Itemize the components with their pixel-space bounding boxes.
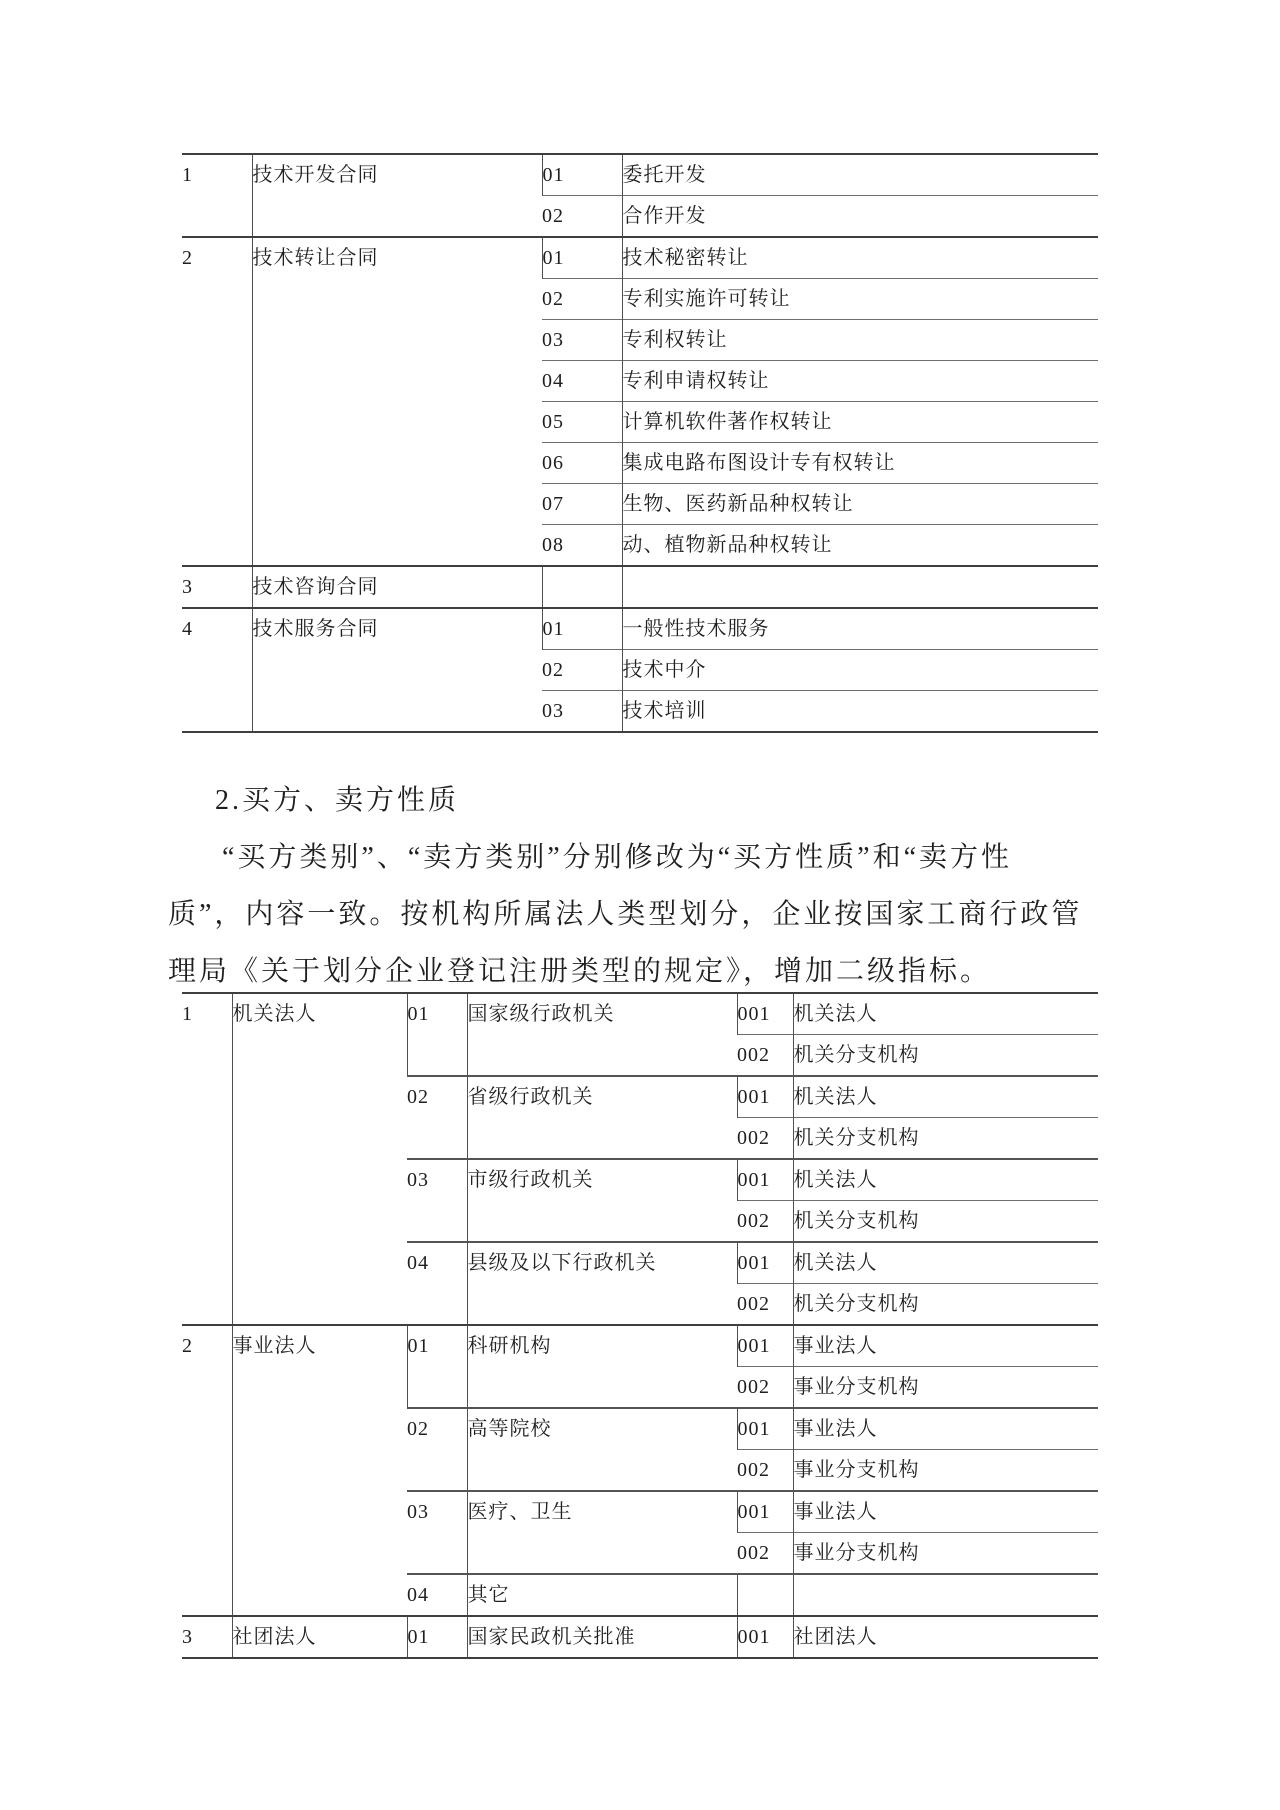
item-name-cell: 机关法人 [793,1242,1098,1284]
item-code-cell: 001 [737,1325,793,1367]
contract-type-cell: 技术咨询合同 [252,566,542,608]
item-code-cell: 001 [737,1076,793,1118]
sub-code-cell: 01 [407,1616,467,1658]
row-number-cell: 1 [182,993,232,1325]
sub-code-cell: 04 [542,361,622,402]
item-name-cell: 事业法人 [793,1491,1098,1533]
contract-type-cell: 技术转让合同 [252,237,542,566]
table-row: 3社团法人01国家民政机关批准001社团法人 [182,1616,1098,1658]
item-code-cell: 002 [737,1533,793,1575]
item-name-cell: 事业法人 [793,1325,1098,1367]
item-code-cell: 002 [737,1201,793,1243]
sub-code-cell: 02 [407,1076,467,1159]
sub-code-cell [542,566,622,608]
item-name-cell: 机关分支机构 [793,1035,1098,1077]
legal-entity-cell: 社团法人 [232,1616,407,1658]
item-name-cell [793,1574,1098,1616]
item-code-cell [737,1574,793,1616]
sub-code-cell: 02 [542,650,622,691]
sub-code-cell: 01 [407,993,467,1076]
section-heading: 2.买方、卖方性质 [215,772,1128,829]
item-code-cell: 002 [737,1284,793,1326]
row-number-cell: 2 [182,237,252,566]
buyer-seller-nature-table-body: 1机关法人01国家级行政机关001机关法人002机关分支机构02省级行政机关00… [182,993,1098,1658]
section-block: 2.买方、卖方性质 “买方类别”、“卖方类别”分别修改为“买方性质”和“卖方性 … [168,772,1128,1000]
table-row: 2技术转让合同01技术秘密转让 [182,237,1098,279]
sub-name-cell: 省级行政机关 [467,1076,737,1159]
sub-code-cell: 05 [542,402,622,443]
sub-code-cell: 03 [407,1491,467,1574]
row-number-cell: 4 [182,608,252,732]
sub-name-cell: 动、植物新品种权转让 [622,525,1098,567]
sub-code-cell: 01 [542,608,622,650]
paragraph-line: 质”，内容一致。按机构所属法人类型划分，企业按国家工商行政管 [168,886,1128,943]
sub-name-cell: 集成电路布图设计专有权转让 [622,443,1098,484]
sub-name-cell: 市级行政机关 [467,1159,737,1242]
item-code-cell: 002 [737,1367,793,1409]
item-name-cell: 机关法人 [793,993,1098,1035]
sub-name-cell: 一般性技术服务 [622,608,1098,650]
sub-code-cell: 01 [542,154,622,196]
item-name-cell: 社团法人 [793,1616,1098,1658]
sub-code-cell: 01 [407,1325,467,1408]
sub-code-cell: 04 [407,1242,467,1325]
item-name-cell: 机关法人 [793,1159,1098,1201]
row-number-cell: 3 [182,1616,232,1658]
sub-name-cell: 生物、医药新品种权转让 [622,484,1098,525]
sub-code-cell: 02 [407,1408,467,1491]
sub-code-cell: 07 [542,484,622,525]
item-code-cell: 001 [737,993,793,1035]
sub-code-cell: 02 [542,279,622,320]
paragraph-line: “买方类别”、“卖方类别”分别修改为“买方性质”和“卖方性 [222,829,1128,886]
sub-name-cell: 技术秘密转让 [622,237,1098,279]
item-code-cell: 001 [737,1242,793,1284]
row-number-cell: 3 [182,566,252,608]
sub-name-cell: 国家民政机关批准 [467,1616,737,1658]
item-code-cell: 001 [737,1491,793,1533]
sub-name-cell [622,566,1098,608]
legal-entity-cell: 机关法人 [232,993,407,1325]
item-name-cell: 机关分支机构 [793,1201,1098,1243]
sub-name-cell: 高等院校 [467,1408,737,1491]
sub-code-cell: 03 [407,1159,467,1242]
row-number-cell: 1 [182,154,252,237]
item-name-cell: 事业分支机构 [793,1367,1098,1409]
sub-name-cell: 国家级行政机关 [467,993,737,1076]
item-code-cell: 001 [737,1616,793,1658]
sub-name-cell: 合作开发 [622,196,1098,238]
table-row: 2事业法人01科研机构001事业法人 [182,1325,1098,1367]
document-page: 1技术开发合同01委托开发02合作开发2技术转让合同01技术秘密转让02专利实施… [0,0,1280,1810]
sub-code-cell: 02 [542,196,622,238]
sub-code-cell: 04 [407,1574,467,1616]
sub-code-cell: 08 [542,525,622,567]
item-code-cell: 001 [737,1159,793,1201]
contract-type-cell: 技术服务合同 [252,608,542,732]
sub-code-cell: 06 [542,443,622,484]
contract-type-table-body: 1技术开发合同01委托开发02合作开发2技术转让合同01技术秘密转让02专利实施… [182,154,1098,732]
sub-name-cell: 计算机软件著作权转让 [622,402,1098,443]
item-code-cell: 002 [737,1450,793,1492]
item-name-cell: 机关分支机构 [793,1284,1098,1326]
contract-type-table: 1技术开发合同01委托开发02合作开发2技术转让合同01技术秘密转让02专利实施… [182,153,1098,733]
item-name-cell: 事业法人 [793,1408,1098,1450]
item-name-cell: 机关法人 [793,1076,1098,1118]
sub-name-cell: 县级及以下行政机关 [467,1242,737,1325]
item-name-cell: 事业分支机构 [793,1450,1098,1492]
sub-name-cell: 技术中介 [622,650,1098,691]
sub-name-cell: 委托开发 [622,154,1098,196]
sub-name-cell: 医疗、卫生 [467,1491,737,1574]
buyer-seller-nature-table: 1机关法人01国家级行政机关001机关法人002机关分支机构02省级行政机关00… [182,992,1098,1659]
item-name-cell: 事业分支机构 [793,1533,1098,1575]
sub-name-cell: 其它 [467,1574,737,1616]
table-row: 1技术开发合同01委托开发 [182,154,1098,196]
sub-code-cell: 01 [542,237,622,279]
table-row: 1机关法人01国家级行政机关001机关法人 [182,993,1098,1035]
sub-name-cell: 科研机构 [467,1325,737,1408]
sub-code-cell: 03 [542,691,622,733]
sub-name-cell: 专利申请权转让 [622,361,1098,402]
row-number-cell: 2 [182,1325,232,1616]
item-code-cell: 002 [737,1118,793,1160]
sub-name-cell: 技术培训 [622,691,1098,733]
item-code-cell: 002 [737,1035,793,1077]
item-name-cell: 机关分支机构 [793,1118,1098,1160]
table-row: 4技术服务合同01一般性技术服务 [182,608,1098,650]
contract-type-cell: 技术开发合同 [252,154,542,237]
sub-code-cell: 03 [542,320,622,361]
sub-name-cell: 专利权转让 [622,320,1098,361]
table-row: 3技术咨询合同 [182,566,1098,608]
item-code-cell: 001 [737,1408,793,1450]
sub-name-cell: 专利实施许可转让 [622,279,1098,320]
legal-entity-cell: 事业法人 [232,1325,407,1616]
